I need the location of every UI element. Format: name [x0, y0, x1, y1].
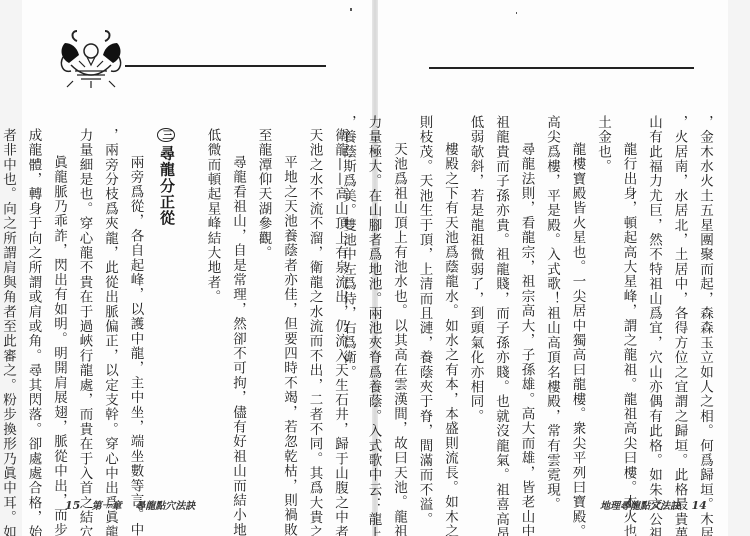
- text-column: 兩旁爲從，各自起峰，以護中龍，主中坐，端坐數等言。中出之龍爲主龍: [122, 128, 148, 488]
- text-column: 低弱欹斜，若是龍祖微弱了，到頭氣化亦相同。: [462, 115, 488, 495]
- page-number: 14: [691, 499, 706, 512]
- text-column: 尋龍看祖山，自是常理，然卻不可拘，儘有好祖山而結小地者，亦有祖山: [225, 128, 251, 488]
- running-title: 尋龍點穴法訣: [135, 501, 195, 512]
- text-column: 力量細是也。穿心龍不貴在于過峽行龍處，而貴在于入首之結穴脈處。: [71, 128, 97, 488]
- text-column: 者非中也。向之所謂肩與角者至此審之。粉步換形乃眞中耳。如是或數十里，: [0, 128, 20, 488]
- page-number: 15: [65, 499, 80, 512]
- text-column: ，金木水火土五星團聚而起，森森玉立如人之相。何爲歸垣。木居東，金居西: [692, 115, 718, 495]
- text-column: 尋龍法則，看龍宗，祖宗高大，子孫雄。高大而雄，皆老山中祖惡相也。: [513, 115, 539, 495]
- section-number: 三: [157, 128, 175, 142]
- running-title: 地理尋龍點穴法訣: [600, 501, 680, 512]
- text-column: 祖龍貴而子孫亦貴。祖龍賤，而子孫亦賤。也就沒龍氣。祖喜高昂端聳，忌在: [488, 115, 514, 495]
- header-rule-left: [125, 65, 326, 67]
- section-heading-text: 尋龍分正從: [158, 145, 176, 226]
- column-spacer: [185, 128, 199, 488]
- chapter-label: 第一章: [92, 501, 122, 512]
- text-column: 眞龍脈乃乖詐，閃出有如明。明開肩展翅，脈從中出，而步至前途，卻不: [46, 128, 72, 488]
- text-column: 平地之天池養蔭者亦佳，但要四時不竭，若忽乾枯，則禍敗至矣。讀者可: [276, 128, 302, 488]
- left-page-footer: 15 第一章 尋龍點穴法訣: [65, 497, 195, 512]
- text-column: 力量極大。在山腳者爲地池。兩池夾脊爲養蔭。入式歌中云：龍上如生兩池水: [360, 115, 386, 495]
- text-column: 天池之水不流不溜，衛龍之水流而不出，二者不同。其爲大貴之徵一也。: [301, 128, 327, 488]
- text-column: 成龍體，轉身于向之所謂或肩或角。尋其閃落。卻處處合格，始知向之所謂中: [20, 128, 46, 488]
- text-column: 低微而頓起星峰結大地者。: [199, 128, 225, 488]
- text-column: 土金也。: [590, 115, 616, 495]
- text-column: 至龍潭仰天湖參觀。: [250, 128, 276, 488]
- text-column: ，火居南，水居北，土居中，各得方位之宜謂之歸垣。此格最貴萬不逢一。祖: [666, 115, 692, 495]
- text-column: ，兩旁分枝爲夾龍，此從出脈偏正，以定支幹。穿心中出爲眞龍，龍不穿心，: [97, 128, 123, 488]
- text-column: 龍樓寶殿皆火星也。一尖居中獨高曰龍樓。衆尖平列曰寶殿。撼龍經云：: [564, 115, 590, 495]
- dragon-head-ornament-icon: [57, 27, 125, 89]
- text-column: 高尖爲樓，平是殿。入式歌！祖山高頂名樓殿，常有雲霓現。: [539, 115, 565, 495]
- right-page-footer: 地理尋龍點穴法訣 14: [600, 497, 715, 512]
- text-column: 則枝茂。天池生于頂，上清而且漣，養蔭夾于脊，間滿而不溢。: [411, 115, 437, 495]
- text-column: 龍行出身，頓起高大星峰，謂之龍祖。龍祖高尖曰樓。木火也。圓平曰殿。: [615, 115, 641, 495]
- text-column: 天池爲祖山頂上有池水也。以其高在雲漢間，故曰天池。龍祖有此池者，: [386, 115, 412, 495]
- header-rule-right: [429, 67, 694, 69]
- right-page-body: ，金木水火土五星團聚而起，森森玉立如人之相。何爲歸垣。木居東，金居西 ，火居南，…: [335, 115, 718, 495]
- text-column: 山有此福力尤巨，然不特祖山爲宜，穴山亦偶有此格。如朱文公祖地是也。: [641, 115, 667, 495]
- section-heading: 三尋龍分正從: [154, 128, 180, 488]
- scan-speck: [350, 8, 352, 11]
- text-column: ，養蔭斯爲美。雙池中左爲侍，右爲衛。: [335, 115, 361, 495]
- left-page-body: 衛龍——高山頂上有泉流出，仍流入天生石井，歸于山腹之中者稱之。 天池之水不流不溜…: [0, 128, 352, 488]
- scan-speck: [516, 12, 517, 14]
- text-column: 樓殿之下有天池爲蔭龍水。如水之有本，本盛則流長。如木之有根，根大: [437, 115, 463, 495]
